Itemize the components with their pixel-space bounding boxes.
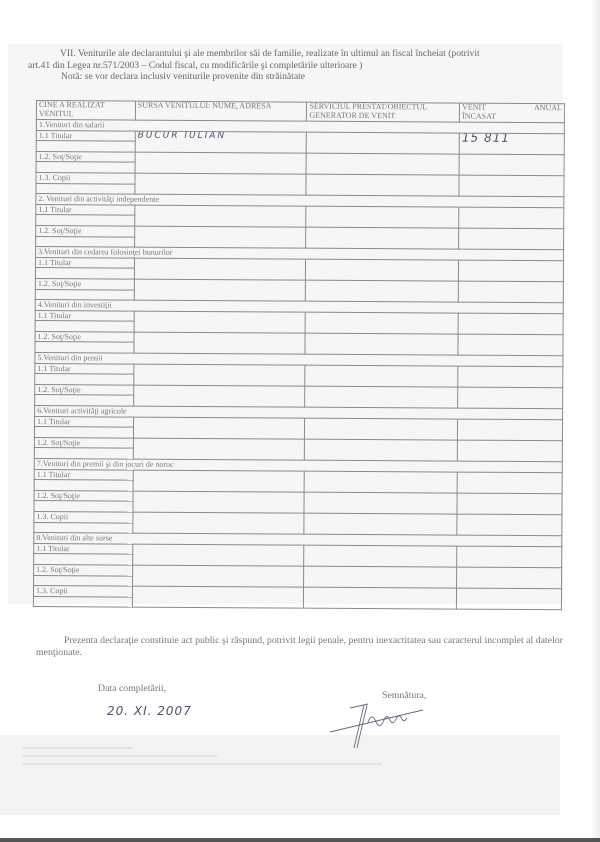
service-field[interactable] [305,418,458,440]
source-field[interactable] [133,470,305,492]
service-field[interactable] [305,386,458,408]
row-label: 1.2. Soţ/Soţie [35,384,134,395]
income-field[interactable] [457,493,562,515]
row-label-blank [34,501,133,512]
service-field[interactable] [304,545,457,567]
row-label-blank [35,289,134,300]
row-label: 1.2. Soţ/Soţie [35,278,134,289]
row-label: 1.1 Titular [35,310,134,321]
income-field[interactable] [457,472,562,494]
row-label-blank [34,427,133,438]
row-label: 1.1 Titular [35,257,134,268]
page-bottom-edge [0,838,600,842]
row-label: 1.1 Titular [35,363,134,374]
service-field[interactable] [305,365,458,387]
closing-statement: Prezenta declaraţie constituie act publi… [36,635,566,659]
income-field[interactable] [458,366,563,388]
service-field[interactable] [304,566,457,588]
income-field[interactable] [459,260,564,282]
source-field[interactable] [133,512,305,534]
row-label-blank [35,321,134,332]
source-field[interactable] [134,258,306,280]
income-field[interactable] [457,567,562,589]
source-field[interactable]: BUCUR IULIAN [135,131,307,153]
service-field[interactable] [305,333,458,355]
income-field[interactable] [457,440,562,462]
row-label: 1.2. Soţ/Soţie [36,151,135,162]
source-field[interactable] [133,417,305,439]
income-field[interactable] [459,228,564,250]
source-field[interactable] [132,586,304,608]
row-label: 1.1 Titular [36,130,135,141]
source-field[interactable] [134,226,306,248]
service-field[interactable] [305,439,458,461]
service-field[interactable] [306,280,459,302]
row-label-blank [35,342,134,353]
faint-bleedthrough: ▁▁▁▁▁▁▁▁▁▁▁▁▁▁▁▁▁▁▁▁▁▁ ▁▁▁▁▁▁▁▁▁▁▁▁▁▁▁▁▁… [22,742,522,766]
row-label-blank [35,268,134,279]
income-field[interactable]: 15 811 [459,133,564,155]
row-label: 1.1 Titular [34,543,133,554]
service-field[interactable] [307,132,460,154]
date-label: Data completării, [98,683,166,694]
income-field[interactable] [458,313,563,335]
service-field[interactable] [305,471,458,493]
table-body: 1.Venituri din salarii1.1 TitularBUCUR I… [33,120,564,611]
service-field[interactable] [306,174,459,196]
header-income-incasat: ÎNCASAT [462,112,562,121]
income-field[interactable] [458,334,563,356]
row-label: 1.2. Soţ/Soţie [36,225,135,236]
source-field[interactable] [133,385,305,407]
source-field[interactable] [135,152,307,174]
row-label-blank [36,215,135,226]
source-field[interactable] [133,438,305,460]
row-label: 1.2. Soţ/Soţie [34,564,133,575]
row-label-blank [36,162,135,173]
income-field[interactable] [459,175,564,197]
service-field[interactable] [307,153,460,175]
income-field[interactable] [457,514,562,536]
header-income: VENIT ANUAL ÎNCASAT [460,103,565,123]
header-source: SURSA VENITULUI: NUME, ADRESA [135,101,307,121]
source-field[interactable] [135,173,307,195]
income-field[interactable] [459,207,564,229]
row-label-blank [34,575,133,586]
service-field[interactable] [304,492,457,514]
service-field[interactable] [304,587,457,609]
service-field[interactable] [306,312,459,334]
intro-heading: VII. Veniturile ale declarantului şi ale… [28,48,568,60]
source-field[interactable] [132,565,304,587]
income-field[interactable] [459,154,564,176]
header-service: SERVICIUL PRESTAT/OBIECTUL GENERATOR DE … [307,102,460,122]
service-field[interactable] [304,513,457,535]
section-intro: VII. Veniturile ale declarantului şi ale… [28,48,568,83]
page-edge [590,0,600,842]
source-field[interactable] [134,364,306,386]
row-label: 1.2. Soţ/Soţie [34,490,133,501]
service-field[interactable] [306,259,459,281]
signature-mark [328,700,428,750]
service-field[interactable] [306,227,459,249]
source-field[interactable] [132,544,304,566]
row-label-blank [36,183,135,194]
source-field[interactable] [135,205,307,227]
closing-text: Prezenta declaraţie constituie act publi… [36,635,566,659]
row-label: 1.1 Titular [36,204,135,215]
income-field[interactable] [458,387,563,409]
income-field[interactable] [458,419,563,441]
row-label-blank [36,141,135,152]
row-label: 1.1 Titular [34,469,133,480]
income-field[interactable] [458,281,563,303]
row-label-blank [36,236,135,247]
date-value: 20. XI. 2007 [107,704,192,718]
row-label-blank [34,522,133,533]
income-table: CINE A REALIZAT VENITUL SURSA VENITULUI:… [33,100,565,611]
row-label-blank [35,374,134,385]
source-field[interactable] [133,491,305,513]
row-label: 1.1 Titular [35,416,134,427]
source-field[interactable] [134,279,306,301]
row-label: 1.2. Soţ/Soţie [35,331,134,342]
income-field[interactable] [457,588,562,610]
row-label-blank [33,596,132,607]
source-field[interactable] [134,311,306,333]
service-field[interactable] [306,206,459,228]
intro-legal-reference: art.41 din Legea nr.571/2003 – Codul fis… [28,60,568,72]
row-label-blank [35,395,134,406]
row-label: 1.3. Copii [33,586,132,597]
row-label-blank [34,554,133,565]
source-field[interactable] [134,332,306,354]
income-field[interactable] [457,546,562,568]
header-who: CINE A REALIZAT VENITUL [36,101,135,121]
row-label: 1.3. Copii [34,511,133,522]
row-label: 1.3. Copii [36,172,135,183]
row-label-blank [34,448,133,459]
header-income-anual: ANUAL [534,104,562,113]
row-label-blank [34,480,133,491]
row-label: 1.2. Soţ/Soţie [34,437,133,448]
intro-note: Notă: se vor declara inclusiv veniturile… [28,71,568,83]
